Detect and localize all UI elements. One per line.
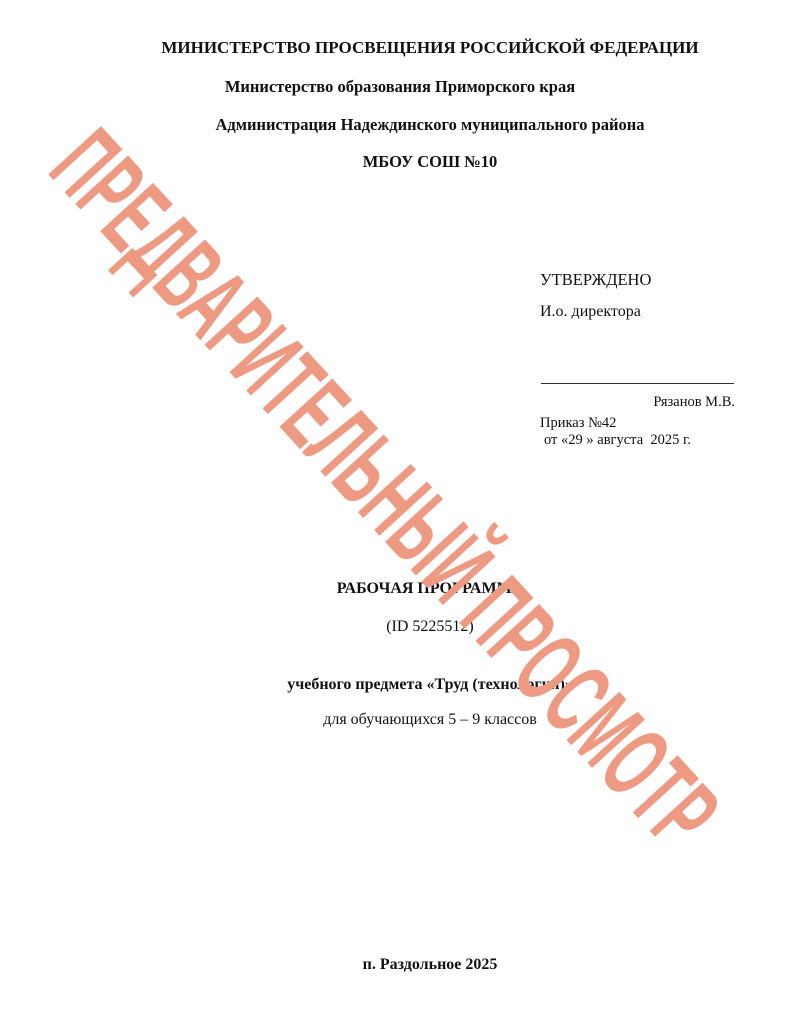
order-date: от «29 » августа 2025 г. [544,432,691,449]
administration-heading: Администрация Надеждинского муниципально… [30,115,800,135]
ministry-heading: МИНИСТЕРСТВО ПРОСВЕЩЕНИЯ РОССИЙСКОЙ ФЕДЕ… [30,38,800,58]
program-subject: учебного предмета «Труд (технология)» [30,676,800,694]
approver-position: И.о. директора [540,303,740,321]
signer-name: Рязанов М.В. [540,394,735,411]
regional-ministry-heading: Министерство образования Приморского кра… [0,77,800,97]
program-title: РАБОЧАЯ ПРОГРАММА [30,580,800,598]
place-year: п. Раздольное 2025 [30,956,800,974]
program-id: (ID 5225512) [30,618,800,636]
signature-line [541,383,734,384]
order-number: Приказ №42 [540,415,616,432]
program-audience: для обучающихся 5 – 9 классов [30,711,800,729]
school-heading: МБОУ СОШ №10 [30,152,800,172]
preview-watermark: ПРЕДВАРИТЕЛЬНЫЙ ПРОСМОТР [33,113,736,867]
approval-label: УТВЕРЖДЕНО [540,270,740,290]
